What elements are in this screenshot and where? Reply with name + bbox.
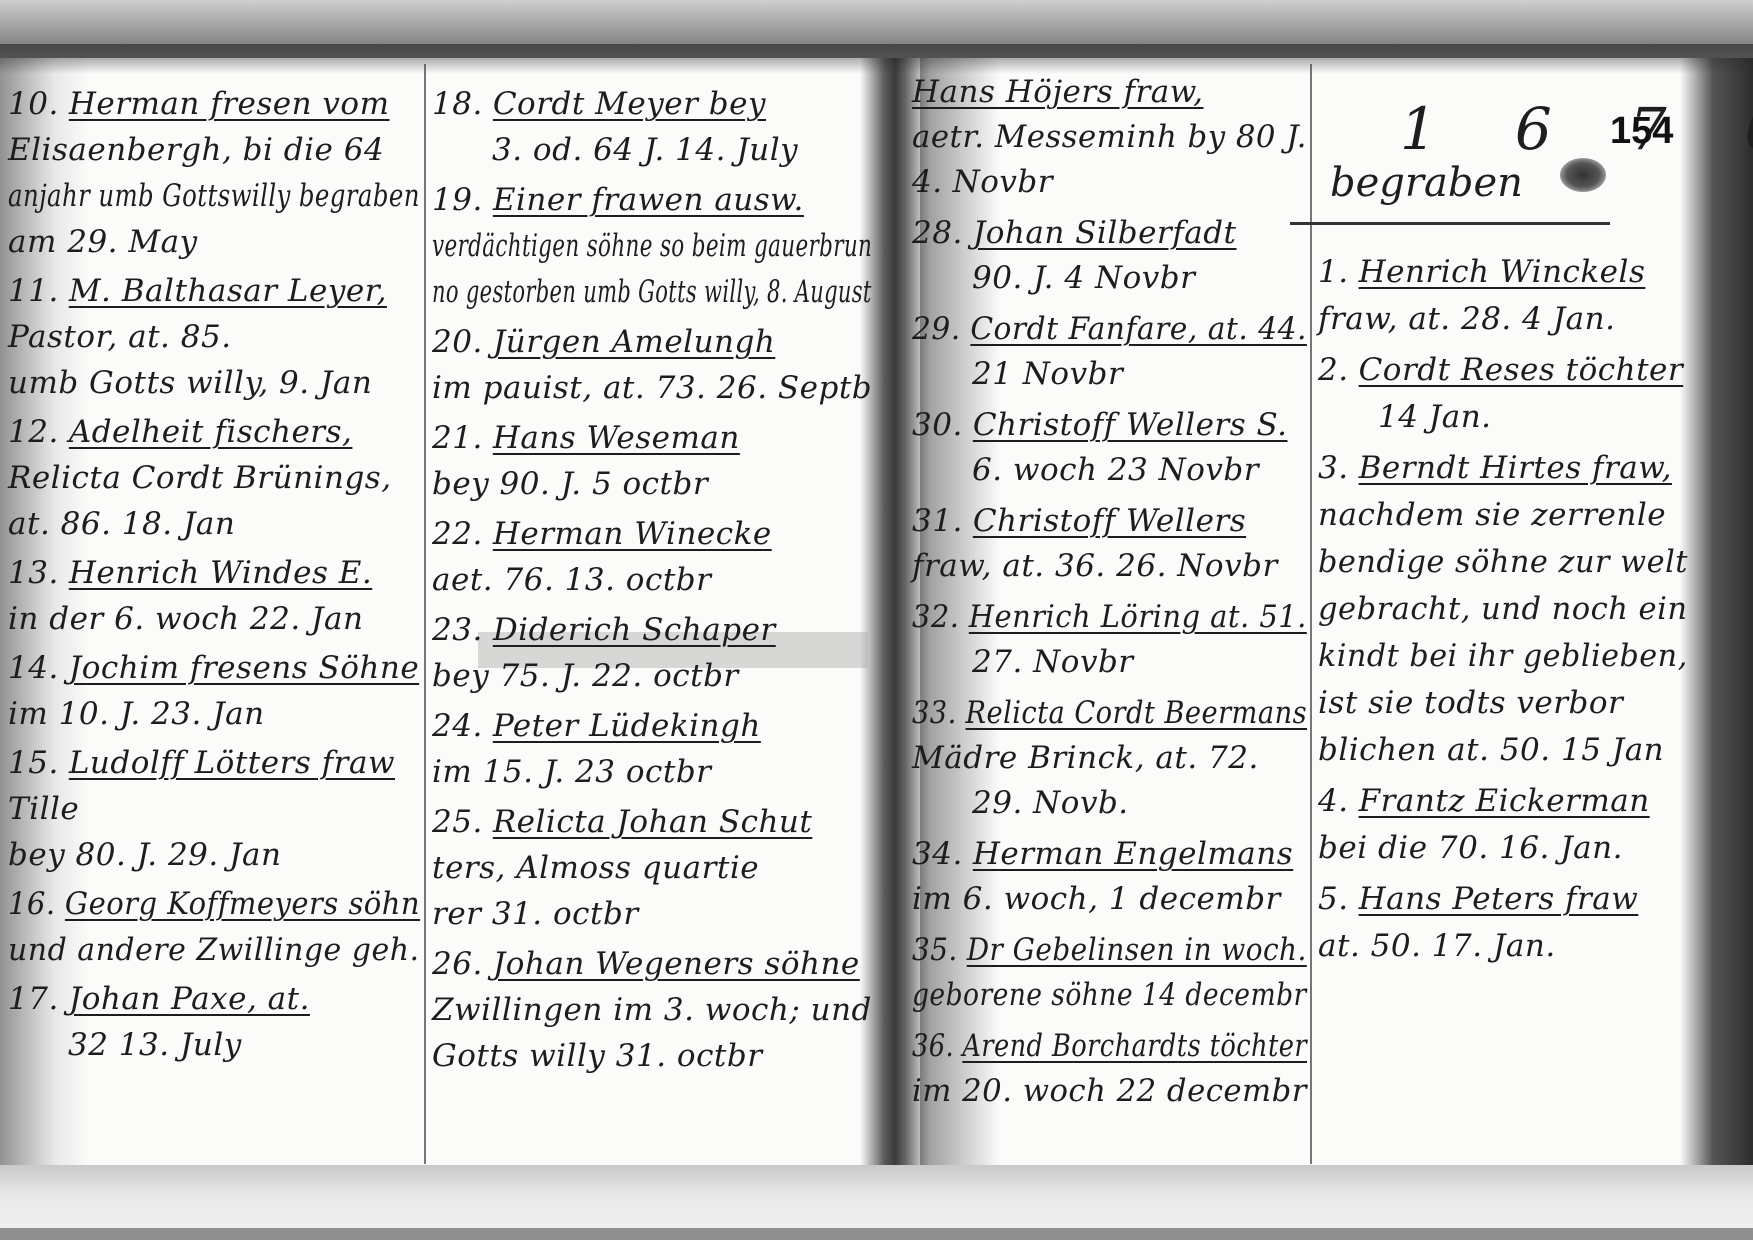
register-entry-name-line: 28.Johan Silberfadt — [912, 215, 1237, 251]
entry-text: Henrich Windes E. — [69, 555, 372, 591]
register-entry-detail-line: at. 50. 17. Jan. — [1318, 928, 1556, 964]
register-entry-name-line: 17.Johan Paxe, at. — [8, 981, 310, 1017]
entry-text: Herman Winecke — [493, 516, 772, 552]
entry-text: Georg Koffmeyers söhn — [65, 886, 420, 922]
entry-number: 1. — [1318, 254, 1349, 290]
register-entry-name-line: 1.Henrich Winckels — [1318, 254, 1645, 290]
register-entry-detail-line: ist sie todts verbor — [1318, 685, 1623, 721]
register-entry-detail-line: 29. Novb. — [972, 785, 1129, 821]
entry-text: Hans Weseman — [493, 420, 740, 456]
entry-text: im 15. J. 23 octbr — [432, 754, 712, 790]
register-entry-name-line: 12.Adelheit fischers, — [8, 414, 352, 450]
register-column-2: 18.Cordt Meyer bey3. od. 64 J. 14. July1… — [432, 64, 872, 1164]
entry-text: Jochim fresens Söhne — [69, 650, 419, 686]
entry-text: Johan Paxe, at. — [69, 981, 310, 1017]
entry-number: 3. — [1318, 450, 1349, 486]
entry-number: 35. — [912, 932, 958, 968]
entry-text: Diderich Schaper — [493, 612, 776, 648]
entry-number: 33. — [912, 695, 957, 731]
register-entry-detail-line: bendige söhne zur welt — [1318, 544, 1688, 580]
entry-text: at. 86. 18. Jan — [8, 506, 235, 542]
entry-number: 28. — [912, 215, 963, 251]
entry-text: Christoff Wellers S. — [973, 407, 1288, 443]
entry-text: ters, Almoss quartie — [432, 850, 759, 886]
register-entry-name-line: 18.Cordt Meyer bey — [432, 86, 766, 122]
entry-number: 12. — [8, 414, 59, 450]
entry-text: blichen at. 50. 15 Jan — [1318, 732, 1664, 768]
entry-text: bey 75. J. 22. octbr — [432, 658, 739, 694]
register-entry-name-line: 35.Dr Gebelinsen in woch. — [912, 932, 1307, 968]
entry-text: 27. Novbr — [972, 644, 1134, 680]
register-entry-detail-line: 21 Novbr — [972, 356, 1123, 392]
entry-text: bei die 70. 16. Jan. — [1318, 830, 1623, 866]
entry-text: Relicta Cordt Brünings, — [8, 460, 392, 496]
entry-number: 15. — [8, 745, 59, 781]
register-entry-detail-line: 90. J. 4 Novbr — [972, 260, 1195, 296]
entry-number: 14. — [8, 650, 59, 686]
entry-number: 10. — [8, 86, 59, 122]
entry-text: Herman Engelmans — [973, 836, 1293, 872]
entry-text: Cordt Fanfare, at. 44. — [970, 311, 1307, 347]
register-entry-name-line: 36.Arend Borchardts töchter — [912, 1028, 1307, 1064]
register-entry-name-line: 15.Ludolff Lötters fraw — [8, 745, 395, 781]
register-entry-detail-line: rer 31. octbr — [432, 896, 639, 932]
register-entry-detail-line: im pauist, at. 73. 26. Septb — [432, 370, 872, 406]
entry-text: gebracht, und noch ein — [1318, 591, 1687, 627]
entry-text: in der 6. woch 22. Jan — [8, 601, 363, 637]
entry-number: 4. — [1318, 783, 1349, 819]
entry-text: im pauist, at. 73. 26. Septb — [432, 370, 872, 406]
entry-text: 3. od. 64 J. 14. July — [492, 132, 798, 168]
entry-text: Gotts willy 31. octbr — [432, 1038, 763, 1074]
entry-number: 30. — [912, 407, 963, 443]
register-entry-name-line: 13.Henrich Windes E. — [8, 555, 372, 591]
entry-number: 36. — [912, 1028, 954, 1064]
entry-text: im 20. woch 22 decembr — [912, 1073, 1307, 1109]
entry-text: rer 31. octbr — [432, 896, 639, 932]
column-rule-left-page — [424, 64, 426, 1164]
entry-text: im 6. woch, 1 decembr — [912, 881, 1281, 917]
entry-number: 29. — [912, 311, 961, 347]
scanner-bottom-bar — [0, 1228, 1753, 1240]
register-entry-detail-line: nachdem sie zerrenle — [1318, 497, 1666, 533]
register-entry-detail-line: verdächtigen söhne so beim gauerbrun — [432, 228, 872, 264]
entry-number: 17. — [8, 981, 59, 1017]
register-entry-name-line: 34.Herman Engelmans — [912, 836, 1293, 872]
register-entry-name-line: 10.Herman fresen vom — [8, 86, 390, 122]
register-entry-name-line: 4.Frantz Eickerman — [1318, 783, 1650, 819]
register-entry-name-line: 25.Relicta Johan Schut — [432, 804, 812, 840]
entry-number: 25. — [432, 804, 483, 840]
entry-text: fraw, at. 28. 4 Jan. — [1318, 301, 1615, 337]
right-edge-shadow — [1680, 58, 1753, 1178]
entry-text: 6. woch 23 Novbr — [972, 452, 1259, 488]
entry-text: im 10. J. 23. Jan — [8, 696, 265, 732]
entry-number: 2. — [1318, 352, 1349, 388]
entry-text: 21 Novbr — [972, 356, 1123, 392]
entry-text: Herman fresen vom — [69, 86, 390, 122]
entry-number: 26. — [432, 946, 483, 982]
entry-text: Johan Wegeners söhne — [493, 946, 860, 982]
register-entry-name-line: 22.Herman Winecke — [432, 516, 772, 552]
entry-number: 4. — [912, 164, 943, 200]
register-entry-detail-line: fraw, at. 36. 26. Novbr — [912, 548, 1278, 584]
entry-number: 11. — [8, 273, 59, 309]
register-entry-detail-line: im 10. J. 23. Jan — [8, 696, 265, 732]
register-column-1: 10.Herman fresen vomElisaenbergh, bi die… — [8, 64, 420, 1164]
entry-number: 21. — [432, 420, 483, 456]
entry-text: Johan Silberfadt — [973, 215, 1237, 251]
entry-number: 20. — [432, 324, 483, 360]
register-entry-detail-line: gebracht, und noch ein — [1318, 591, 1687, 627]
entry-text: bey 80. J. 29. Jan — [8, 837, 281, 873]
entry-text: Berndt Hirtes fraw, — [1359, 450, 1672, 486]
entry-text: Tille — [8, 791, 79, 827]
entry-text: 32 13. July — [68, 1027, 242, 1063]
entry-text: fraw, at. 36. 26. Novbr — [912, 548, 1278, 584]
entry-text: ist sie todts verbor — [1318, 685, 1623, 721]
entry-text: Jürgen Amelungh — [493, 324, 776, 360]
entry-text: Ludolff Lötters fraw — [69, 745, 395, 781]
entry-text: Zwillingen im 3. woch; und — [432, 992, 872, 1028]
register-entry-detail-line: bey 75. J. 22. octbr — [432, 658, 739, 694]
register-entry-name-line: 21.Hans Weseman — [432, 420, 740, 456]
register-entry-name-line: 31.Christoff Wellers — [912, 503, 1246, 539]
entry-text: Cordt Meyer bey — [493, 86, 766, 122]
entry-text: 90. J. 4 Novbr — [972, 260, 1195, 296]
register-entry-name-line: 5.Hans Peters fraw — [1318, 881, 1638, 917]
entry-text: Novbr — [953, 164, 1053, 200]
register-entry-name-line: 2.Cordt Reses töchter — [1318, 352, 1683, 388]
register-entry-name-line: 33.Relicta Cordt Beermans — [912, 695, 1307, 731]
entry-number: 23. — [432, 612, 483, 648]
register-entry-detail-line: kindt bei ihr geblieben, — [1318, 638, 1688, 674]
register-entry-detail-line: 4.Novbr — [912, 164, 1053, 200]
register-entry-name-line: 19.Einer frawen ausw. — [432, 182, 804, 218]
entry-text: nachdem sie zerrenle — [1318, 497, 1666, 533]
entry-text: und andere Zwillinge geh. — [8, 932, 420, 968]
entry-text: am 29. May — [8, 224, 198, 260]
register-column-4: 1.Henrich Winckelsfraw, at. 28. 4 Jan.2.… — [1318, 64, 1688, 1164]
register-entry-detail-line: und andere Zwillinge geh. — [8, 932, 420, 968]
register-entry-name-line: 29.Cordt Fanfare, at. 44. — [912, 311, 1307, 347]
entry-text: M. Balthasar Leyer, — [69, 273, 387, 309]
register-entry-detail-line: Zwillingen im 3. woch; und — [432, 992, 872, 1028]
register-entry-name-line: 14.Jochim fresens Söhne — [8, 650, 419, 686]
entry-number: 18. — [432, 86, 483, 122]
entry-text: Peter Lüdekingh — [493, 708, 761, 744]
scanned-register-spread: 1676 154 begraben 10.Herman fresen vomEl… — [0, 0, 1753, 1240]
register-entry-detail-line: am 29. May — [8, 224, 198, 260]
entry-number: 13. — [8, 555, 59, 591]
entry-text: Cordt Reses töchter — [1359, 352, 1684, 388]
register-entry-detail-line: bey 80. J. 29. Jan — [8, 837, 281, 873]
register-entry-name-line: 26.Johan Wegeners söhne — [432, 946, 860, 982]
register-entry-name-line: 3.Berndt Hirtes fraw, — [1318, 450, 1672, 486]
entry-text: geborene söhne 14 decembr — [912, 977, 1307, 1013]
entry-text: no gestorben umb Gotts willy, 8. August — [432, 274, 872, 310]
entry-text: Henrich Löring at. 51. — [969, 599, 1307, 635]
register-entry-detail-line: Tille — [8, 791, 79, 827]
entry-text: verdächtigen söhne so beim gauerbrun — [432, 228, 872, 264]
entry-text: anjahr umb Gottswilly begraben — [8, 178, 420, 214]
register-entry-name-line: Hans Höjers fraw, — [912, 74, 1203, 110]
register-entry-detail-line: 6. woch 23 Novbr — [972, 452, 1259, 488]
register-entry-name-line: 23.Diderich Schaper — [432, 612, 776, 648]
entry-text: 29. Novb. — [972, 785, 1129, 821]
register-entry-name-line: 32.Henrich Löring at. 51. — [912, 599, 1307, 635]
entry-text: Hans Höjers fraw, — [912, 74, 1203, 110]
register-entry-detail-line: at. 86. 18. Jan — [8, 506, 235, 542]
register-entry-detail-line: 14 Jan. — [1378, 399, 1492, 435]
entry-text: kindt bei ihr geblieben, — [1318, 638, 1688, 674]
entry-text: aet. 76. 13. octbr — [432, 562, 711, 598]
register-entry-detail-line: aet. 76. 13. octbr — [432, 562, 711, 598]
register-entry-detail-line: Mädre Brinck, at. 72. — [912, 740, 1259, 776]
register-entry-detail-line: no gestorben umb Gotts willy, 8. August — [432, 274, 872, 310]
register-entry-detail-line: aetr. Messeminh by 80 J. — [912, 119, 1307, 155]
entry-text: Einer frawen ausw. — [493, 182, 804, 218]
register-entry-detail-line: Pastor, at. 85. — [8, 319, 232, 355]
entry-number: 5. — [1318, 881, 1349, 917]
entry-text: Henrich Winckels — [1359, 254, 1646, 290]
register-entry-detail-line: bey 90. J. 5 octbr — [432, 466, 708, 502]
register-entry-name-line: 20.Jürgen Amelungh — [432, 324, 775, 360]
register-entry-detail-line: Elisaenbergh, bi die 64 — [8, 132, 384, 168]
register-entry-detail-line: Gotts willy 31. octbr — [432, 1038, 763, 1074]
register-entry-name-line: 24.Peter Lüdekingh — [432, 708, 761, 744]
entry-number: 22. — [432, 516, 483, 552]
register-entry-detail-line: in der 6. woch 22. Jan — [8, 601, 363, 637]
entry-text: Relicta Johan Schut — [493, 804, 813, 840]
entry-text: Mädre Brinck, at. 72. — [912, 740, 1259, 776]
register-entry-detail-line: anjahr umb Gottswilly begraben — [8, 178, 420, 214]
entry-text: Hans Peters fraw — [1359, 881, 1639, 917]
register-entry-detail-line: blichen at. 50. 15 Jan — [1318, 732, 1664, 768]
entry-text: Relicta Cordt Beermans — [966, 695, 1308, 731]
entry-number: 16. — [8, 886, 56, 922]
entry-number: 34. — [912, 836, 963, 872]
register-entry-name-line: 30.Christoff Wellers S. — [912, 407, 1287, 443]
register-entry-detail-line: fraw, at. 28. 4 Jan. — [1318, 301, 1615, 337]
entry-text: bey 90. J. 5 octbr — [432, 466, 708, 502]
register-entry-detail-line: 3. od. 64 J. 14. July — [492, 132, 798, 168]
entry-text: 14 Jan. — [1378, 399, 1492, 435]
register-entry-detail-line: Relicta Cordt Brünings, — [8, 460, 392, 496]
entry-text: umb Gotts willy, 9. Jan — [8, 365, 372, 401]
register-entry-detail-line: im 20. woch 22 decembr — [912, 1073, 1307, 1109]
register-entry-name-line: 16.Georg Koffmeyers söhn — [8, 886, 420, 922]
register-entry-name-line: 11.M. Balthasar Leyer, — [8, 273, 387, 309]
entry-text: bendige söhne zur welt — [1318, 544, 1688, 580]
entry-number: 24. — [432, 708, 483, 744]
register-entry-detail-line: bei die 70. 16. Jan. — [1318, 830, 1623, 866]
register-entry-detail-line: geborene söhne 14 decembr — [912, 977, 1307, 1013]
entry-number: 32. — [912, 599, 959, 635]
entry-number: 19. — [432, 182, 483, 218]
register-entry-detail-line: 27. Novbr — [972, 644, 1134, 680]
register-entry-detail-line: im 6. woch, 1 decembr — [912, 881, 1281, 917]
entry-text: at. 50. 17. Jan. — [1318, 928, 1556, 964]
register-entry-detail-line: umb Gotts willy, 9. Jan — [8, 365, 372, 401]
entry-text: Pastor, at. 85. — [8, 319, 232, 355]
entry-number: 31. — [912, 503, 963, 539]
entry-text: Adelheit fischers, — [69, 414, 353, 450]
register-entry-detail-line: 32 13. July — [68, 1027, 242, 1063]
register-entry-detail-line: im 15. J. 23 octbr — [432, 754, 712, 790]
register-column-3: Hans Höjers fraw,aetr. Messeminh by 80 J… — [912, 64, 1307, 1164]
entry-text: Dr Gebelinsen in woch. — [967, 932, 1307, 968]
entry-text: Elisaenbergh, bi die 64 — [8, 132, 384, 168]
column-rule-right-page — [1310, 64, 1312, 1164]
entry-text: Frantz Eickerman — [1359, 783, 1650, 819]
entry-text: aetr. Messeminh by 80 J. — [912, 119, 1307, 155]
register-entry-detail-line: ters, Almoss quartie — [432, 850, 759, 886]
entry-text: Arend Borchardts töchter — [962, 1028, 1307, 1064]
entry-text: Christoff Wellers — [973, 503, 1246, 539]
